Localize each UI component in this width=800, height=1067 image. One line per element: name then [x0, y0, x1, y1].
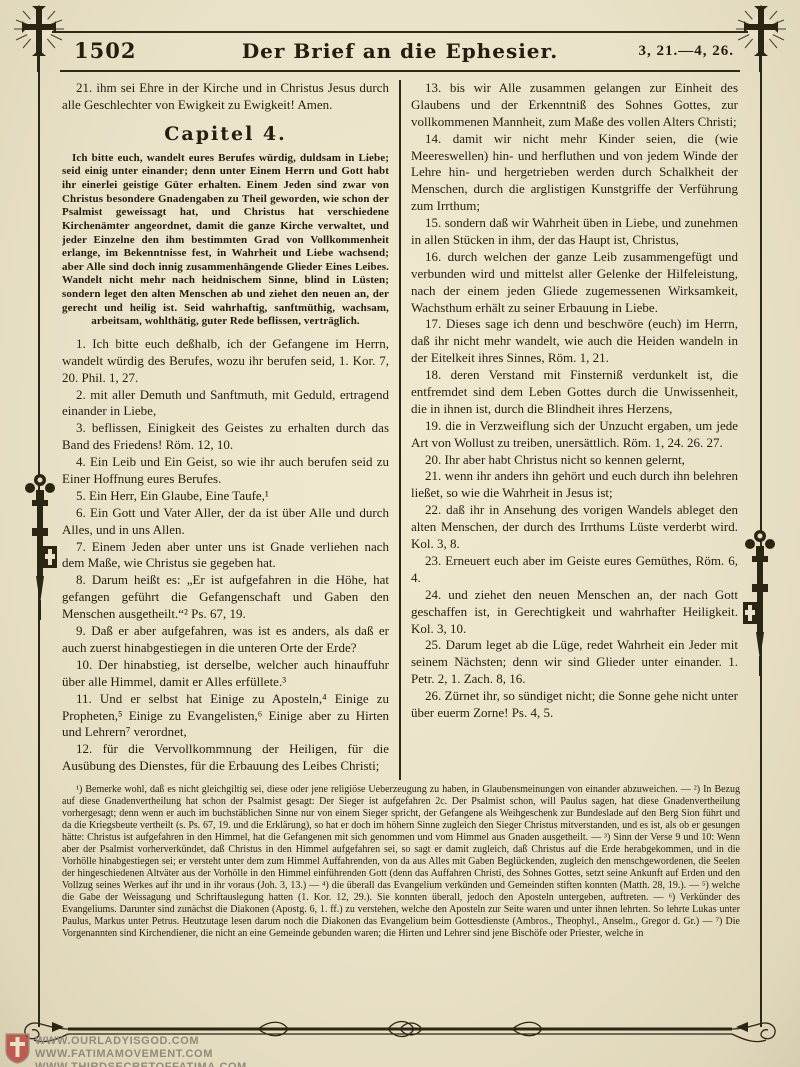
- cross-sunburst-icon: [10, 2, 68, 74]
- footnotes-block: ¹) Bemerke wohl, daß es nicht gleichgilt…: [62, 784, 740, 1014]
- verse-paragraph: 17. Dieses sage ich denn und beschwöre (…: [411, 316, 738, 367]
- verse-paragraph: 8. Darum heißt es: „Er ist aufgefahren i…: [62, 572, 389, 623]
- verse-paragraph: 3. beflissen, Einigkeit des Geistes zu e…: [62, 420, 389, 454]
- left-verses: 1. Ich bitte euch deßhalb, ich der Gefan…: [62, 336, 389, 775]
- verse-paragraph: 4. Ein Leib und Ein Geist, so wie ihr au…: [62, 454, 389, 488]
- watermark-line: WWW.THIRDSECRETOFFATIMA.COM: [35, 1061, 247, 1067]
- header-rule: [60, 70, 740, 72]
- verse-paragraph: 12. für die Vervollkommnung der Heiligen…: [62, 741, 389, 775]
- verse-paragraph: 10. Der hinabstieg, ist derselbe, welche…: [62, 657, 389, 691]
- verse-paragraph: 7. Einem Jeden aber unter uns ist Gnade …: [62, 539, 389, 573]
- verse-paragraph: 23. Erneuert euch aber im Geiste eures G…: [411, 553, 738, 587]
- verse-paragraph: 15. sondern daß wir Wahrheit üben in Lie…: [411, 215, 738, 249]
- shield-cross-icon: [5, 1033, 30, 1064]
- frame-top-rule: [52, 31, 748, 33]
- right-column: 13. bis wir Alle zusammen gelangen zur E…: [401, 80, 738, 780]
- verse-paragraph: 26. Zürnet ihr, so sündiget nicht; die S…: [411, 688, 738, 722]
- verse-paragraph: 20. Ihr aber habt Christus nicht so kenn…: [411, 452, 738, 469]
- verse-paragraph: 19. die in Verzweiflung sich der Unzucht…: [411, 418, 738, 452]
- left-column: 21. ihm sei Ehre in der Kirche und in Ch…: [62, 80, 399, 780]
- right-verses: 13. bis wir Alle zusammen gelangen zur E…: [411, 80, 738, 722]
- verse-paragraph: 9. Daß er aber aufgefahren, was ist es a…: [62, 623, 389, 657]
- scanned-bible-page: 1502 Der Brief an die Ephesier. 3, 21.—4…: [0, 0, 800, 1067]
- verse-paragraph: 5. Ein Herr, Ein Glaube, Eine Taufe,¹: [62, 488, 389, 505]
- verse-range: 3, 21.—4, 26.: [639, 43, 735, 60]
- verse-paragraph: 2. mit aller Demuth und Sanftmuth, mit G…: [62, 387, 389, 421]
- key-icon: [20, 470, 60, 620]
- verse-paragraph: 11. Und er selbst hat Einige zu Aposteln…: [62, 691, 389, 742]
- watermark-line: WWW.FATIMAMOVEMENT.COM: [35, 1048, 247, 1060]
- watermark-line: WWW.OURLADYISGOD.COM: [35, 1035, 247, 1047]
- verse-paragraph: 14. damit wir nicht mehr Kinder seien, d…: [411, 131, 738, 215]
- chapter-summary: Ich bitte euch, wandelt eures Berufes wü…: [62, 152, 389, 329]
- verse-paragraph: 24. und ziehet den neuen Menschen an, de…: [411, 587, 738, 638]
- verse-paragraph: 21. ihm sei Ehre in der Kirche und in Ch…: [62, 80, 389, 114]
- verse-paragraph: 18. deren Verstand mit Finsterniß verdun…: [411, 367, 738, 418]
- verse-paragraph: 25. Darum leget ab die Lüge, redet Wahrh…: [411, 637, 738, 688]
- verse-paragraph: 21. wenn ihr anders ihn gehört und euch …: [411, 468, 738, 502]
- key-icon: [740, 526, 780, 676]
- verse-paragraph: 22. daß ihr in Ansehung des vorigen Wand…: [411, 502, 738, 553]
- watermark: WWW.OURLADYISGOD.COM WWW.FATIMAMOVEMENT.…: [5, 1033, 247, 1067]
- verse-paragraph: 1. Ich bitte euch deßhalb, ich der Gefan…: [62, 336, 389, 387]
- chapter-heading: Capitel 4.: [62, 123, 389, 145]
- page-header: 1502 Der Brief an die Ephesier. 3, 21.—4…: [62, 38, 738, 68]
- text-columns: 21. ihm sei Ehre in der Kirche und in Ch…: [62, 80, 738, 780]
- verse-paragraph: 16. durch welchen der ganze Leib zusamme…: [411, 249, 738, 317]
- verse-paragraph: 13. bis wir Alle zusammen gelangen zur E…: [411, 80, 738, 131]
- cross-sunburst-icon: [732, 2, 790, 74]
- verse-paragraph: 6. Ein Gott und Vater Aller, der da ist …: [62, 505, 389, 539]
- watermark-lines: WWW.OURLADYISGOD.COM WWW.FATIMAMOVEMENT.…: [35, 1033, 247, 1067]
- page-title: Der Brief an die Ephesier.: [62, 39, 738, 63]
